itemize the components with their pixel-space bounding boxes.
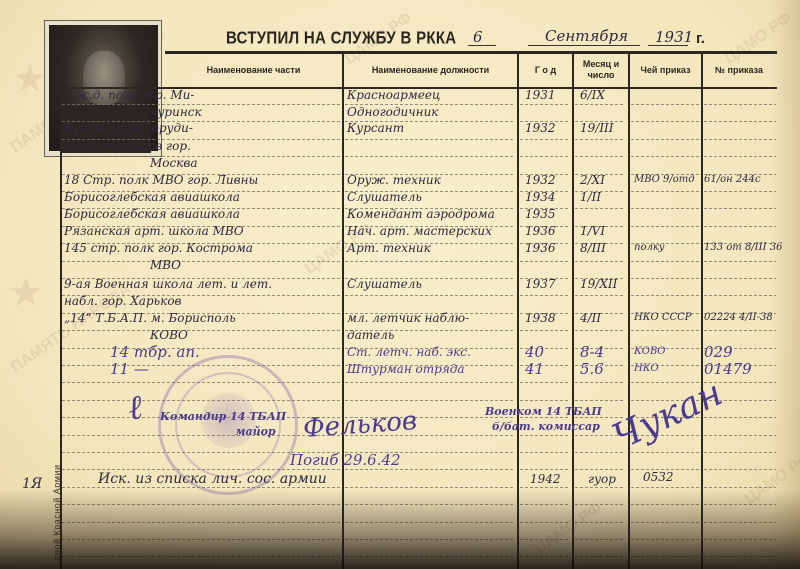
commander-rank: майор <box>235 425 276 438</box>
commissar-rank: б/бат. комиссар <box>492 420 600 433</box>
column-header-unit: Наименование части <box>165 52 342 88</box>
cell-position: Штурман отряда <box>347 362 465 376</box>
cell-unit: 18 Стр. полк МВО гор. Ливны <box>64 173 258 187</box>
cell-position: Арт. техник <box>347 241 431 255</box>
commissar-label: Военком 14 ТБАП <box>485 405 602 418</box>
cell-year: 40 <box>525 345 544 359</box>
cell-date: 8-4 <box>580 345 604 359</box>
cell-order-by: НКО <box>634 362 659 376</box>
cell-unit: Борисоглебская авиашкола <box>64 207 240 221</box>
cell-unit: 11 — <box>110 362 149 376</box>
cell-position: Оруж. техник <box>347 173 441 187</box>
cell-year: 1936 <box>525 241 556 255</box>
cell-position: Красноармеец <box>347 88 440 102</box>
cell-position: Ст. летч. наб. экс. <box>347 345 471 359</box>
watermark-star-icon: ★ <box>8 270 44 316</box>
death-note: Погиб 29.6.42 <box>290 451 401 469</box>
cell-date: 5.6 <box>580 362 604 376</box>
cell-position: мл. летчик наблю- <box>347 311 469 325</box>
cell-position: Слушатель <box>347 277 422 291</box>
cell-year: 1932 <box>525 121 556 135</box>
cell-unit: 14 тбр. ап. <box>110 345 200 359</box>
closing-row-unit: Иск. из списка лич. сос. армии <box>98 472 327 486</box>
enlist-month: Сентября <box>545 27 628 45</box>
year-suffix: г. <box>696 30 705 47</box>
cell-unit: 145 стр. полк гор. Кострома <box>64 241 253 255</box>
cell-order-by: полку <box>634 241 665 255</box>
cell-position: Нач. арт. мастерских <box>347 224 492 238</box>
enlist-year: 1931 <box>655 28 693 46</box>
cell-unit: Курсы оруж.-оруди- <box>64 121 193 135</box>
cell-year: 41 <box>525 362 544 376</box>
column-header-order-by: Чей приказ <box>630 52 701 88</box>
cell-year: 1934 <box>525 190 556 204</box>
closing-row-date: гуор <box>588 472 616 486</box>
cell-year: 1937 <box>525 277 556 291</box>
cell-order-by: НКО СССР <box>634 311 692 325</box>
cell-date: 2/XI <box>580 173 605 187</box>
cell-date: 6/IX <box>580 88 605 102</box>
cell-year: 1936 <box>525 224 556 238</box>
watermark-star-icon: ★ <box>12 56 48 102</box>
enlist-day: 6 <box>473 28 483 46</box>
cell-order-by: КОВО <box>634 345 665 359</box>
cell-unit: Борисоглебская авиашкола <box>64 190 240 204</box>
column-header-position: Наименование должности <box>344 52 517 88</box>
cell-order-no: 61/он 244с <box>704 173 761 187</box>
cell-unit: „14“ Т.Б.А.П. м. Борисполь <box>64 311 236 325</box>
cell-position: Курсант <box>347 121 404 135</box>
cell-date: 4/II <box>580 311 601 325</box>
cell-date: 1/II <box>580 190 601 204</box>
closing-row-year: 1942 <box>530 472 561 486</box>
cell-position: Слушатель <box>347 190 422 204</box>
side-caption: ...сной Красной Армии <box>52 464 62 569</box>
cell-year: 1932 <box>525 173 556 187</box>
cell-date: 8/III <box>580 241 606 255</box>
closing-row-order-no: 0532 <box>643 470 674 484</box>
cell-position: датель <box>347 328 394 342</box>
cell-date: 19/XII <box>580 277 617 291</box>
cell-unit: Москва <box>150 156 198 170</box>
cell-year: 1931 <box>525 88 556 102</box>
column-header-year: Г о д <box>519 52 572 88</box>
margin-note: 1Я <box>22 476 42 492</box>
cell-order-no: 029 <box>704 345 733 359</box>
cell-unit: йных техников гор. <box>64 139 191 153</box>
commander-label: Командир 14 ТБАП <box>160 410 286 423</box>
cell-date: 19/III <box>580 121 614 135</box>
cell-unit: МВО <box>150 258 181 272</box>
cell-year: 1935 <box>525 207 556 221</box>
cell-unit: Рязанская арт. школа МВО <box>64 224 244 238</box>
page-title: ВСТУПИЛ НА СЛУЖБУ В РККА <box>226 29 456 49</box>
cell-position: Комендант аэродрома <box>347 207 495 221</box>
cell-year: 1938 <box>525 311 556 325</box>
cell-date: 1/VI <box>580 224 605 238</box>
cell-unit: набл. гор. Харьков <box>64 294 182 308</box>
cell-order-by: МВО 9/отд <box>634 173 695 187</box>
cell-order-no: 02224 4/II-38 <box>704 311 773 325</box>
cell-unit: чуринск <box>150 105 202 119</box>
column-header-order-no: № приказа <box>703 52 775 88</box>
cell-unit: 7 ж.д. полк гор. Ми- <box>64 88 194 102</box>
cell-unit: 9-ая Военная школа лет. и лет. <box>64 277 272 291</box>
cell-position: Одногодичник <box>347 105 438 119</box>
cell-unit: КОВО <box>150 328 188 342</box>
column-header-date: Месяц и число <box>574 52 628 88</box>
